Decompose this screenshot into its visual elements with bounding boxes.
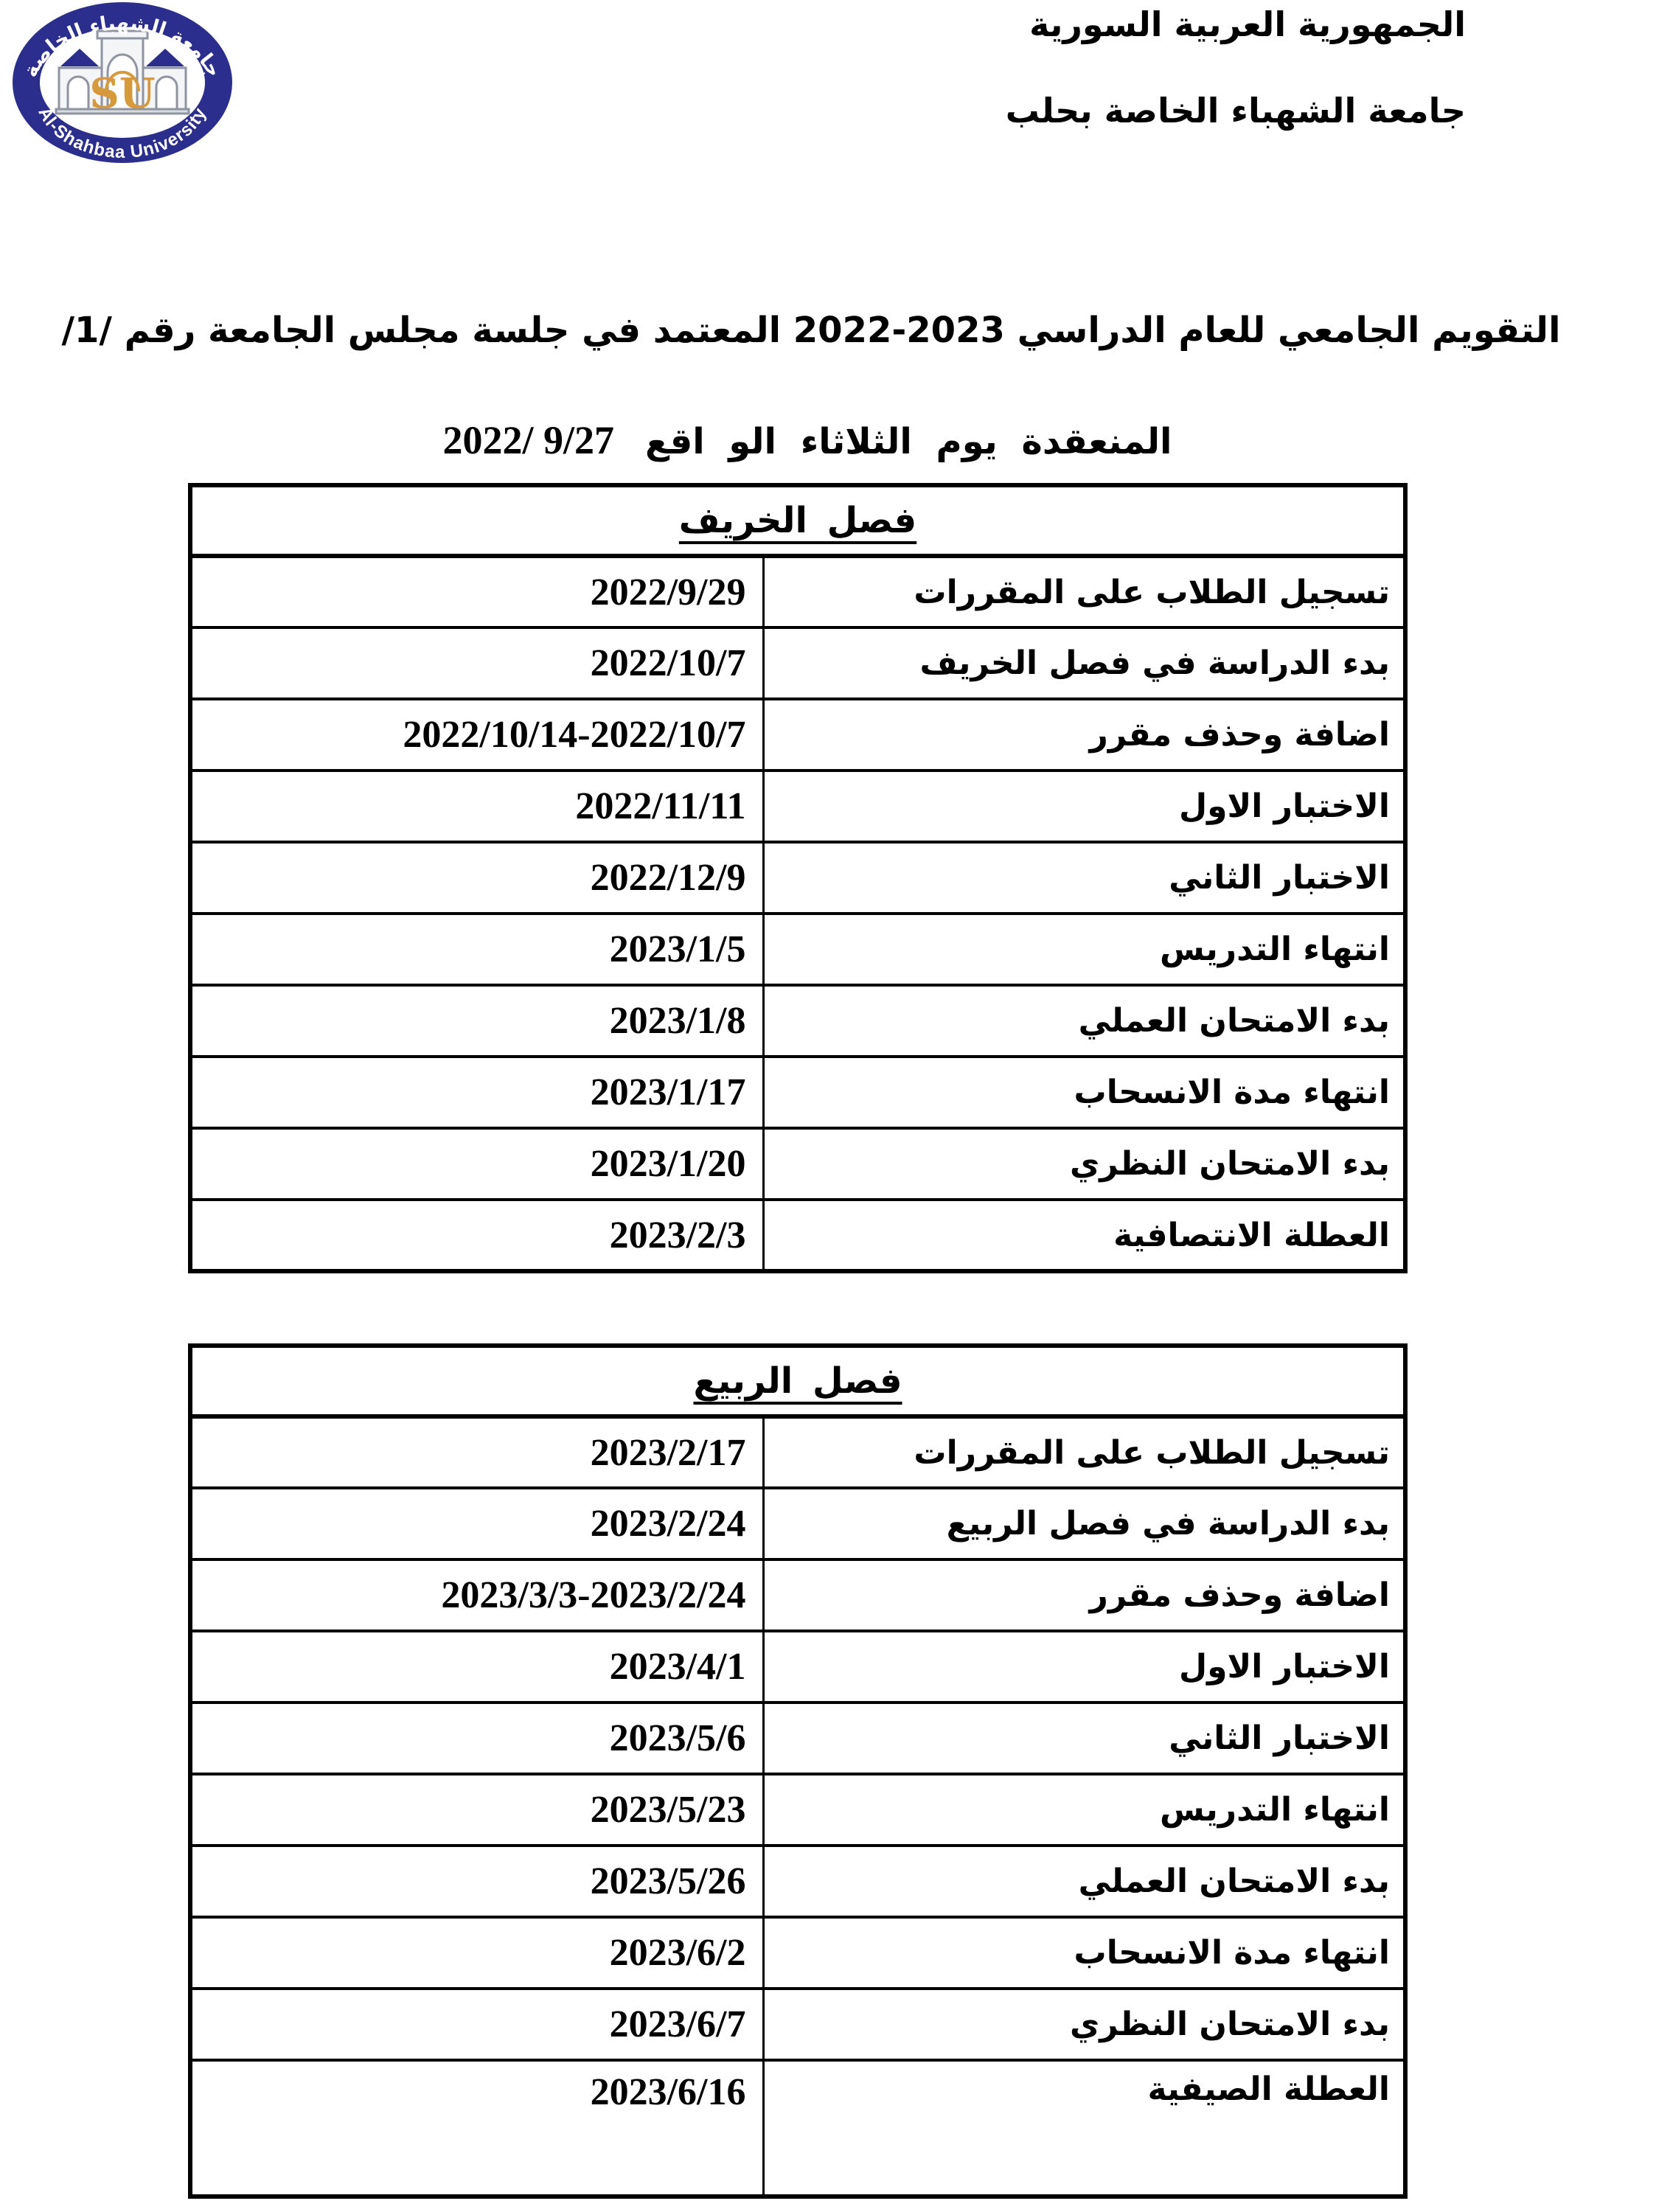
session-subtitle: المنعقدة يوم الثلاثاء الو اقع 2022/ 9/27 (0, 417, 1656, 463)
date-cell: 2023/6/16 (190, 2060, 763, 2197)
calendar-row: 2022/10/14-2022/10/7اضافة وحذف مقرر (190, 699, 1405, 771)
event-label-cell: انتهاء مدة الانسحاب (763, 1917, 1405, 1989)
date-cell: 2023/1/17 (190, 1057, 763, 1128)
event-label-cell: بدء الامتحان العملي (763, 1846, 1405, 1917)
semester-header-cell: فصل الربيع (190, 1346, 1405, 1416)
date-cell: 2023/6/7 (190, 1989, 763, 2060)
government-header: الجمهورية العربية السورية جامعة الشهباء … (1006, 4, 1466, 131)
logo-monogram: SU (89, 69, 155, 118)
calendar-row: 2023/5/23انتهاء التدريس (190, 1774, 1405, 1846)
fall-semester-table: فصل الخريف 2022/9/29تسجيل الطلاب على الم… (188, 483, 1408, 1273)
event-label-cell: بدء الدراسة في فصل الربيع (763, 1488, 1405, 1559)
calendar-row: 2022/11/11الاختبار الاول (190, 771, 1405, 842)
calendar-row: 2023/6/7بدء الامتحان النظري (190, 1989, 1405, 2060)
calendar-row: 2023/3/3-2023/2/24اضافة وحذف مقرر (190, 1559, 1405, 1631)
date-cell: 2023/2/3 (190, 1200, 763, 1271)
calendar-row: 2022/12/9الاختبار الثاني (190, 842, 1405, 914)
date-cell: 2023/5/26 (190, 1846, 763, 1917)
semester-header-row: فصل الخريف (190, 485, 1405, 556)
date-cell: 2023/4/1 (190, 1631, 763, 1703)
event-label-cell: انتهاء مدة الانسحاب (763, 1057, 1405, 1128)
date-cell: 2023/2/17 (190, 1416, 763, 1488)
event-label-cell: بدء الامتحان النظري (763, 1989, 1405, 2060)
university-name: جامعة الشهباء الخاصة بحلب (1006, 91, 1466, 131)
calendar-row: 2022/9/29تسجيل الطلاب على المقررات (190, 556, 1405, 627)
event-label-cell: بدء الدراسة في فصل الخريف (763, 627, 1405, 699)
session-date: 2022/ 9/27 (443, 417, 615, 463)
event-label-cell: الاختبار الثاني (763, 1703, 1405, 1774)
date-cell: 2023/5/6 (190, 1703, 763, 1774)
event-label-cell: تسجيل الطلاب على المقررات (763, 556, 1405, 627)
event-label-cell: اضافة وحذف مقرر (763, 1559, 1405, 1631)
date-cell: 2023/1/8 (190, 985, 763, 1057)
event-label-cell: انتهاء التدريس (763, 1774, 1405, 1846)
calendar-row: 2022/10/7بدء الدراسة في فصل الخريف (190, 627, 1405, 699)
event-label-cell: الاختبار الاول (763, 771, 1405, 842)
calendar-row: 2023/4/1الاختبار الاول (190, 1631, 1405, 1703)
date-cell: 2022/10/14-2022/10/7 (190, 699, 763, 771)
semester-title: فصل الربيع (693, 1360, 902, 1402)
event-label-cell: الاختبار الاول (763, 1631, 1405, 1703)
calendar-row: 2023/2/17تسجيل الطلاب على المقررات (190, 1416, 1405, 1488)
date-cell: 2023/1/20 (190, 1128, 763, 1200)
calendar-row: 2023/5/6الاختبار الثاني (190, 1703, 1405, 1774)
event-label-cell: الاختبار الثاني (763, 842, 1405, 914)
spring-semester-table: فصل الربيع 2023/2/17تسجيل الطلاب على الم… (188, 1343, 1408, 2199)
date-cell: 2023/6/2 (190, 1917, 763, 1989)
event-label-cell: اضافة وحذف مقرر (763, 699, 1405, 771)
semester-header-cell: فصل الخريف (190, 485, 1405, 556)
semester-header-row: فصل الربيع (190, 1346, 1405, 1416)
calendar-row: 2023/6/16العطلة الصيفية (190, 2060, 1405, 2197)
calendar-row: 2023/1/17انتهاء مدة الانسحاب (190, 1057, 1405, 1128)
university-logo: SU جامعة الشهباء الخاصة Al-Shahbaa Unive… (12, 1, 233, 164)
date-cell: 2022/11/11 (190, 771, 763, 842)
date-cell: 2022/10/7 (190, 627, 763, 699)
event-label-cell: العطلة الصيفية (763, 2060, 1405, 2197)
session-subtitle-text: المنعقدة يوم الثلاثاء الو اقع (645, 421, 1172, 462)
calendar-row: 2023/2/3العطلة الانتصافية (190, 1200, 1405, 1271)
event-label-cell: العطلة الانتصافية (763, 1200, 1405, 1271)
calendar-row: 2023/5/26بدء الامتحان العملي (190, 1846, 1405, 1917)
date-cell: 2023/2/24 (190, 1488, 763, 1559)
event-label-cell: بدء الامتحان العملي (763, 985, 1405, 1057)
document-page: SU جامعة الشهباء الخاصة Al-Shahbaa Unive… (0, 0, 1656, 2212)
date-cell: 2023/1/5 (190, 914, 763, 985)
event-label-cell: بدء الامتحان النظري (763, 1128, 1405, 1200)
date-cell: 2023/3/3-2023/2/24 (190, 1559, 763, 1631)
date-cell: 2022/9/29 (190, 556, 763, 627)
date-cell: 2023/5/23 (190, 1774, 763, 1846)
calendar-row: 2023/1/20بدء الامتحان النظري (190, 1128, 1405, 1200)
calendar-row: 2023/6/2انتهاء مدة الانسحاب (190, 1917, 1405, 1989)
event-label-cell: انتهاء التدريس (763, 914, 1405, 985)
semester-title: فصل الخريف (679, 500, 916, 541)
calendar-row: 2023/1/8بدء الامتحان العملي (190, 985, 1405, 1057)
calendar-title: التقويم الجامعي للعام الدراسي 2023-2022 … (0, 310, 1656, 351)
date-cell: 2022/12/9 (190, 842, 763, 914)
event-label-cell: تسجيل الطلاب على المقررات (763, 1416, 1405, 1488)
calendar-row: 2023/1/5انتهاء التدريس (190, 914, 1405, 985)
calendar-row: 2023/2/24بدء الدراسة في فصل الربيع (190, 1488, 1405, 1559)
country-name: الجمهورية العربية السورية (1006, 4, 1466, 45)
